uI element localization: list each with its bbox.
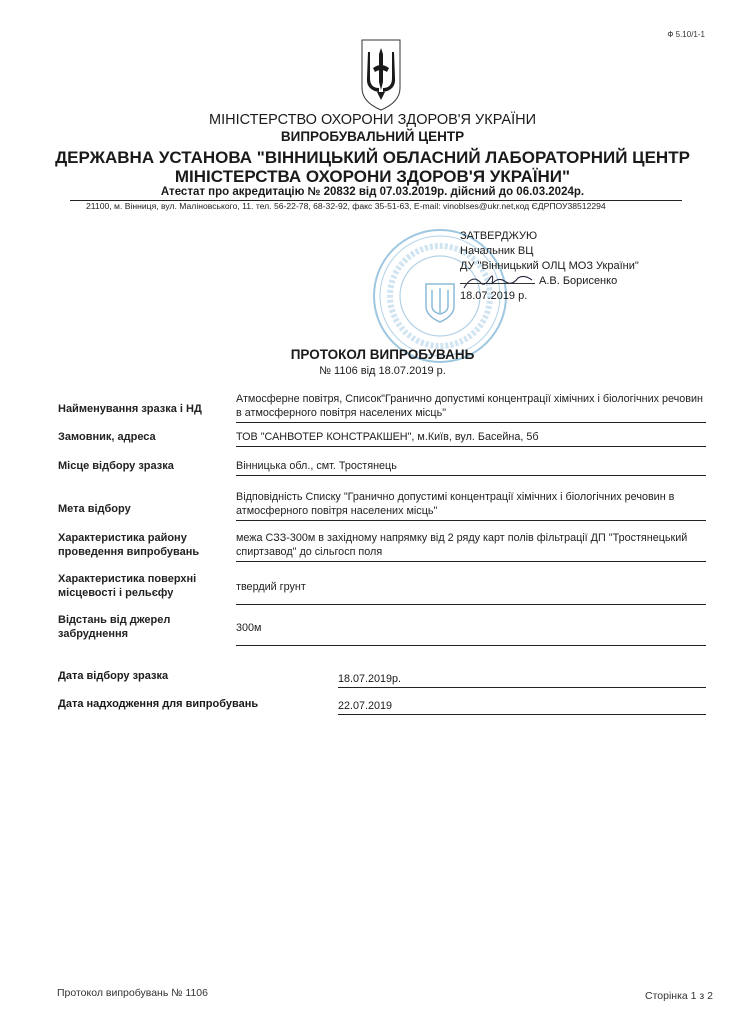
- field-label: Замовник, адреса: [58, 430, 228, 444]
- handwritten-signature-icon: [462, 270, 534, 292]
- ministry-name: МІНІСТЕРСТВО ОХОРОНИ ЗДОРОВ'Я УКРАЇНИ: [0, 112, 745, 128]
- field-label: Найменування зразка і НД: [58, 402, 228, 416]
- contact-address: 21100, м. Вінниця, вул. Маліновського, 1…: [86, 201, 606, 211]
- date-label: Дата надходження для випробувань: [58, 698, 258, 710]
- field-value: 300м: [236, 621, 706, 646]
- form-code: Ф 5.10/1-1: [667, 30, 705, 39]
- accreditation-info: Атестат про акредитацію № 20832 від 07.0…: [0, 186, 745, 198]
- field-label: Характеристика поверхні місцевості і рел…: [58, 572, 228, 600]
- approval-block: ЗАТВЕРДЖУЮ Начальник ВЦ ДУ "Вінницький О…: [460, 229, 639, 304]
- protocol-number-date: № 1106 від 18.07.2019 р.: [0, 365, 745, 377]
- field-label: Мета відбору: [58, 502, 228, 516]
- field-value: твердий грунт: [236, 580, 706, 605]
- field-label: Відстань від джерел забруднення: [58, 613, 228, 641]
- field-value: межа СЗЗ-300м в західному напрямку від 2…: [236, 531, 706, 562]
- field-label: Місце відбору зразка: [58, 459, 228, 473]
- field-value: Відповідність Списку "Гранично допустимі…: [236, 490, 706, 521]
- approval-position: Начальник ВЦ: [460, 244, 639, 259]
- date-value: 22.07.2019: [338, 700, 706, 715]
- date-label: Дата відбору зразка: [58, 670, 168, 682]
- institution-name-line1: ДЕРЖАВНА УСТАНОВА "ВІННИЦЬКИЙ ОБЛАСНИЙ Л…: [0, 148, 745, 168]
- field-value: ТОВ "САНВОТЕР КОНСТРАКШЕН", м.Київ, вул.…: [236, 430, 706, 447]
- footer-protocol-ref: Протокол випробувань № 1106: [57, 987, 208, 999]
- protocol-title: ПРОТОКОЛ ВИПРОБУВАНЬ: [0, 347, 745, 362]
- testing-center-name: ВИПРОБУВАЛЬНИЙ ЦЕНТР: [0, 129, 745, 144]
- institution-name-line2: МІНІСТЕРСТВА ОХОРОНИ ЗДОРОВ'Я УКРАЇНИ": [0, 167, 745, 187]
- trident-emblem-icon: [360, 38, 402, 112]
- approval-signer: А.В. Борисенко: [539, 275, 617, 287]
- approval-heading: ЗАТВЕРДЖУЮ: [460, 229, 639, 244]
- date-value: 18.07.2019р.: [338, 673, 706, 688]
- footer-page-number: Сторінка 1 з 2: [645, 990, 713, 1002]
- field-value: Вінницька обл., смт. Тростянець: [236, 459, 706, 476]
- field-label: Характеристика району проведення випробу…: [58, 531, 228, 559]
- field-value: Атмосферне повітря, Список"Гранично допу…: [236, 392, 706, 423]
